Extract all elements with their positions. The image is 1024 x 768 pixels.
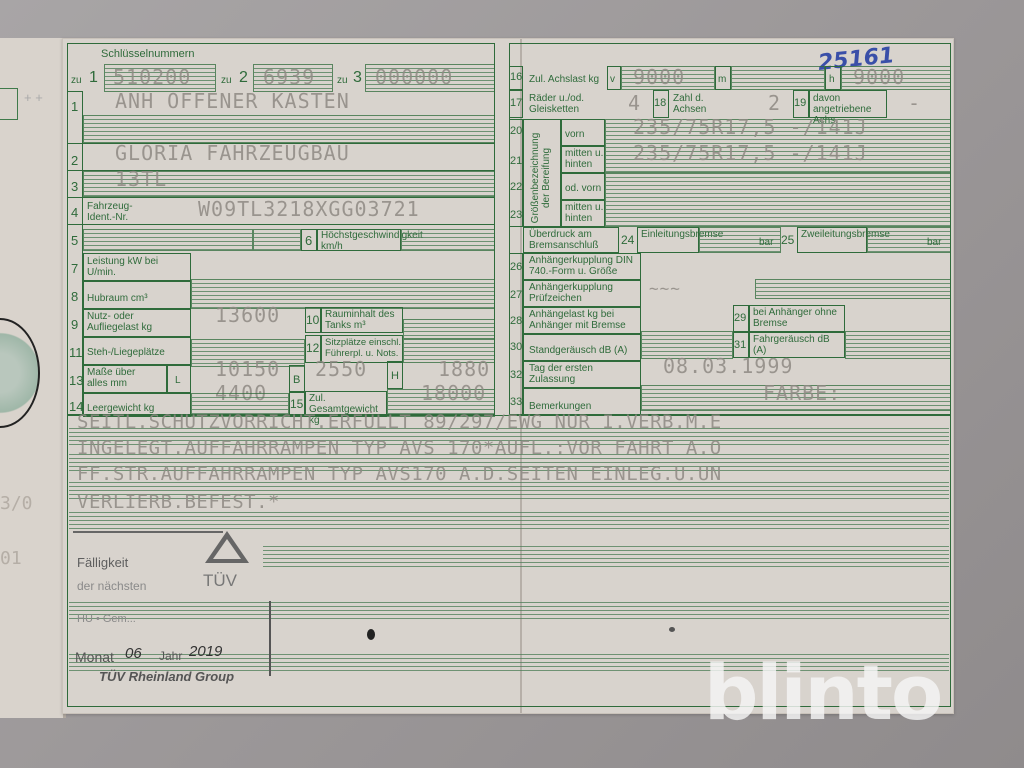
remarks-line-3: FF.STR.AUFFAHRRAMPEN TYP AVS170 A.D.SEIT… xyxy=(77,463,722,485)
key-index: 3 xyxy=(353,69,362,87)
field-number: 23 xyxy=(510,209,522,221)
field-4-vin: W09TL3218XGG03721 xyxy=(198,197,420,221)
field-9-payload: 13600 xyxy=(215,303,280,327)
field-label: mitten u. hinten xyxy=(565,202,605,224)
remarks-color: FARBE: xyxy=(763,381,841,405)
field-1-vehicle-type: ANH OFFENER KASTEN xyxy=(115,89,350,113)
faded-marks: + + xyxy=(24,90,43,105)
field-number: 24 xyxy=(621,233,634,247)
dim-B-label: B xyxy=(293,375,300,386)
faded-text: 01 xyxy=(0,548,22,569)
field-label: vorn xyxy=(565,129,584,140)
field-number: 6 xyxy=(305,233,312,248)
stamp-organization: TÜV Rheinland Group xyxy=(99,669,234,684)
field-number: 29 xyxy=(734,312,746,324)
tyre-front: 235/75R17,5 -/141J xyxy=(633,115,868,139)
field-number: 25 xyxy=(781,233,794,247)
field-label: Tag der ersten Zulassung xyxy=(529,363,619,385)
field-10-lines xyxy=(403,319,495,339)
field-label: bei Anhänger ohne Bremse xyxy=(753,307,843,329)
field-label: Zahl d. Achsen xyxy=(673,93,733,115)
stamp-month-value: 06 xyxy=(125,645,142,662)
field-label: Fahrzeug-Ident.-Nr. xyxy=(87,201,157,223)
row-number-column xyxy=(67,91,83,415)
field-5b-lines xyxy=(253,229,301,251)
key-numbers-label: Schlüsselnummern xyxy=(101,49,195,60)
key-number-3: 000000 xyxy=(375,65,453,89)
field-number: 3 xyxy=(71,179,78,194)
field-label: Höchstgeschwindigkeit km/h xyxy=(321,230,401,252)
zu-label: zu xyxy=(71,75,82,86)
axle-rear-label: h xyxy=(829,74,835,85)
field-label: Anhängerkupplung Prüfzeichen xyxy=(529,282,641,304)
faded-text: 3/0 xyxy=(0,493,33,514)
field-2-manufacturer: GLORIA FAHRZEUGBAU xyxy=(115,141,350,165)
stamp-year-label: Jahr xyxy=(159,649,182,663)
field-number: 28 xyxy=(510,315,522,327)
field-number: 2 xyxy=(71,153,78,168)
field-15-gross-weight: 18000 xyxy=(421,381,486,405)
field-number: 31 xyxy=(734,339,746,351)
axle-middle-label: m xyxy=(718,74,726,85)
field-label: Hubraum cm³ xyxy=(87,293,148,304)
field-label: Anhängerkupplung DIN 740.-Form u. Größe xyxy=(529,255,641,277)
field-31-lines xyxy=(845,331,951,359)
stamp-hu-type: HU • Gem... xyxy=(77,613,136,625)
field-label: Sitzplätze einschl. Führerpl. u. Nots. xyxy=(325,337,403,359)
field-number: 7 xyxy=(71,261,78,276)
tuv-triangle-icon xyxy=(205,531,249,563)
field-label: Räder u./od. Gleisketten xyxy=(529,93,599,115)
dim-height: 1880 xyxy=(438,357,490,381)
field-label: Überdruck am Bremsanschluß xyxy=(529,229,619,251)
field-label: Zul. Achslast kg xyxy=(529,74,599,85)
ink-spot xyxy=(669,627,675,632)
form-box xyxy=(0,88,18,120)
blinto-watermark: blinto xyxy=(704,648,941,737)
field-number: 10 xyxy=(306,313,319,327)
field-17-wheels: 4 xyxy=(628,91,641,115)
tyre-group-label: Größenbezeichnung der Bereifung xyxy=(530,132,552,224)
field-27-lines xyxy=(755,279,951,299)
stamp-top-border xyxy=(73,531,223,533)
registration-document: 25161 Schlüsselnummern zu 1 510200 zu 2 … xyxy=(62,38,954,714)
ink-spot xyxy=(367,629,375,640)
field-number: 33 xyxy=(510,396,522,408)
field-label: Anhängelast kg bei Anhänger mit Bremse xyxy=(529,309,641,331)
field-number: 18 xyxy=(654,97,666,109)
field-number: 16 xyxy=(510,71,522,83)
field-number: 8 xyxy=(71,289,78,304)
field-label: Nutz- oder Aufliegelast kg xyxy=(87,311,187,333)
field-number: 22 xyxy=(510,181,522,193)
field-number: 9 xyxy=(71,317,78,332)
axle-front-load: 9000 xyxy=(633,65,685,89)
dim-length: 10150 xyxy=(215,357,280,381)
field-1-lines xyxy=(83,115,495,143)
field-label: Einleitungsbremse xyxy=(641,229,699,240)
field-label: mitten u. hinten xyxy=(565,148,605,170)
field-number: 4 xyxy=(71,205,78,220)
field-19-driven-axles: - xyxy=(908,91,921,115)
field-6-lines xyxy=(401,229,495,251)
stamp-due-label: Fälligkeit xyxy=(77,555,128,570)
key-number-1: 510200 xyxy=(113,65,191,89)
tyre-rear: 235/75R17,5 -/141J xyxy=(633,141,868,165)
field-number: 32 xyxy=(510,369,522,381)
key-index: 1 xyxy=(89,69,98,87)
stamp-tuv-label: TÜV xyxy=(203,571,237,591)
field-label: Fahrgeräusch dB (A) xyxy=(753,334,843,356)
field-label: od. vorn xyxy=(565,183,601,194)
field-label: Standgeräusch dB (A) xyxy=(529,345,627,356)
field-number: 20 xyxy=(510,125,522,137)
field-number: 26 xyxy=(510,261,522,273)
remarks-line-2: INGELEGT.AUFFAHRRAMPEN TYP AVS 170*AUFL.… xyxy=(77,437,722,459)
field-number: 13 xyxy=(69,373,83,388)
field-27-approval-mark: ~~~ xyxy=(649,279,681,298)
lower-number-column xyxy=(509,253,523,415)
field-number: 12 xyxy=(306,341,319,355)
field-number: 5 xyxy=(71,233,78,248)
field-label: Maße über alles mm xyxy=(87,367,157,389)
field-3-model: 13TL xyxy=(115,167,167,191)
field-number: 11 xyxy=(69,345,83,360)
field-label: Rauminhalt des Tanks m³ xyxy=(325,309,401,331)
dim-width: 2550 xyxy=(315,357,367,381)
axle-rear-load: 9000 xyxy=(853,65,905,89)
key-number-2: 6939 xyxy=(263,65,315,89)
zu-label: zu xyxy=(221,75,232,86)
field-number: 1 xyxy=(71,99,78,114)
key-index: 2 xyxy=(239,69,248,87)
stamp-next-label: der nächsten xyxy=(77,579,146,593)
tyre-lines-2 xyxy=(605,173,951,227)
dim-H-label: H xyxy=(391,371,399,382)
zu-label: zu xyxy=(337,75,348,86)
stamp-month-label: Monat xyxy=(75,649,114,665)
tuv-inspection-stamp: Fälligkeit der nächsten TÜV HU • Gem... … xyxy=(73,531,273,686)
unit-label: bar xyxy=(927,237,941,248)
remarks-line-4: VERLIERB.BEFEST.* xyxy=(77,491,280,513)
remarks-lines-5 xyxy=(263,543,949,567)
remarks-line-1: SEITL.SCHUTZVORRICHT.ERFÜLLT 89/297/EWG … xyxy=(77,411,722,433)
field-label: Steh-/Liegeplätze xyxy=(87,347,165,358)
field-5-lines xyxy=(83,229,253,251)
unit-label: bar xyxy=(759,237,773,248)
field-number: 15 xyxy=(290,397,303,411)
field-number: 21 xyxy=(510,155,522,167)
stamp-right-border xyxy=(269,601,271,676)
axle-front-label: v xyxy=(610,74,615,85)
first-registration-date: 08.03.1999 xyxy=(663,354,793,378)
field-number: 19 xyxy=(794,97,806,109)
field-label: Zweileitungsbremse xyxy=(801,229,865,240)
field-number: 27 xyxy=(510,289,522,301)
field-number: 17 xyxy=(510,97,522,109)
official-seal xyxy=(0,318,40,428)
axle-middle-lines xyxy=(731,66,825,90)
field-label: Leistung kW bei U/min. xyxy=(87,256,187,278)
field-18-axles: 2 xyxy=(768,91,781,115)
dim-L-label: L xyxy=(175,375,181,386)
previous-page-edge: + + 3/0 01 xyxy=(0,38,66,718)
stamp-year-value: 2019 xyxy=(189,643,222,660)
field-number: 30 xyxy=(510,341,522,353)
